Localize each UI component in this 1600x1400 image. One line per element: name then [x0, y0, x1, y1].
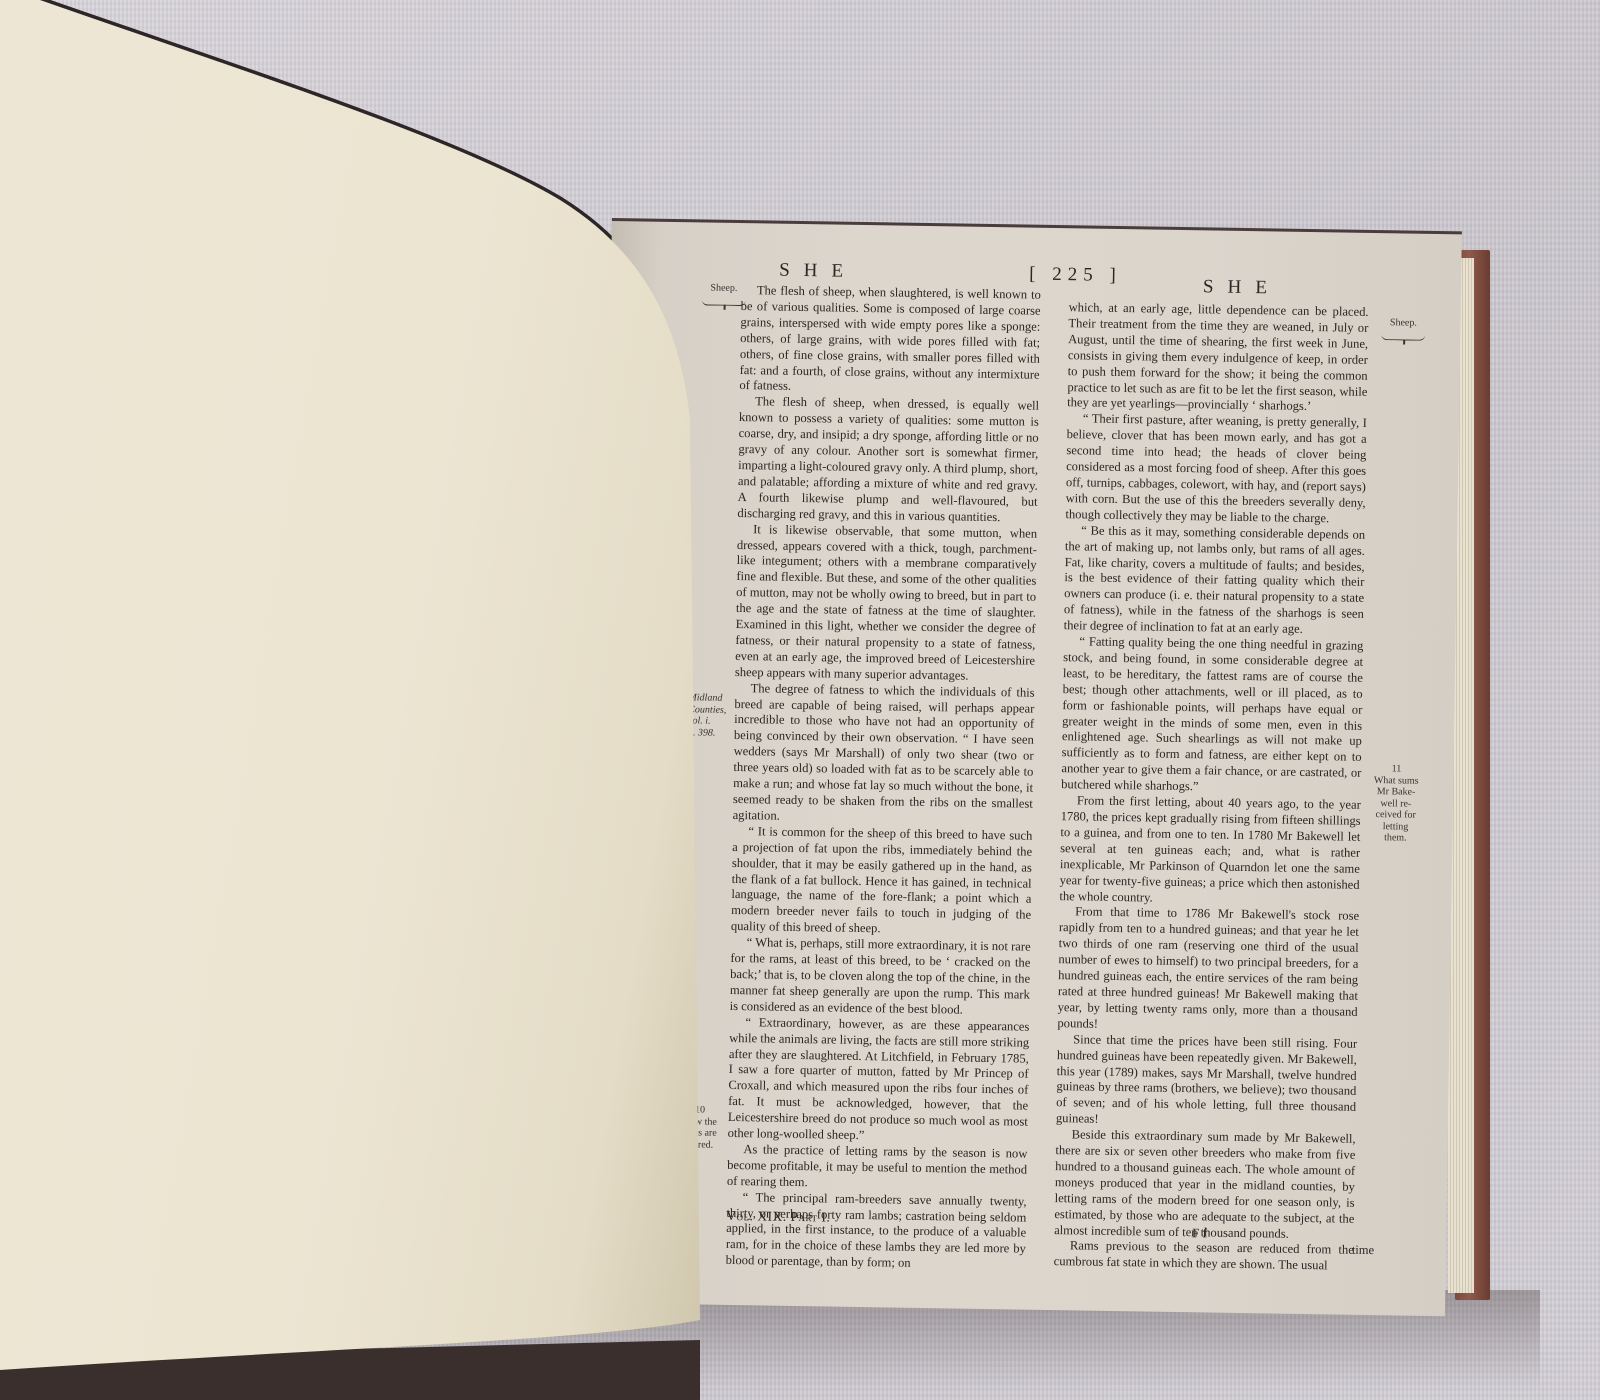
footer-signature: F f [1192, 1225, 1207, 1241]
paragraph: “ Fatting quality being the one thing ne… [1061, 634, 1363, 798]
brace-icon [702, 296, 746, 306]
running-head-left: SHE [779, 260, 857, 283]
margin-note-midland: Midland Counties, vol. i. p. 398. [688, 692, 739, 739]
paragraph: “ It is common for the sheep of this bre… [731, 824, 1033, 940]
text-column-right: which, at an early age, little dependenc… [1054, 300, 1369, 1275]
paragraph: From the first letting, about 40 years a… [1059, 793, 1361, 909]
paragraph: Since that time the prices have been sti… [1056, 1032, 1357, 1132]
footer-catchword: time [1352, 1243, 1374, 1258]
paragraph: “ What is, perhaps, still more extraordi… [730, 935, 1031, 1019]
paragraph: which, at an early age, little dependenc… [1067, 300, 1369, 416]
right-page: SHE [ 225 ] SHE Sheep. Sheep. Midland Co… [595, 218, 1462, 1316]
footer-volume: Vol. XIX. Part I. [726, 1208, 830, 1226]
paragraph: The degree of fatness to which the indiv… [732, 681, 1034, 829]
paragraph: Rams previous to the season are reduced … [1054, 1239, 1354, 1276]
paragraph: It is likewise observable, that some mut… [735, 522, 1037, 686]
page-number: [ 225 ] [1029, 264, 1122, 287]
paragraph: As the practice of letting rams by the s… [727, 1142, 1028, 1194]
margin-note-sums: 11 What sums Mr Bake- well re- ceived fo… [1366, 763, 1425, 844]
paragraph: The flesh of sheep, when slaughtered, is… [739, 283, 1041, 399]
running-head-right: SHE [1203, 276, 1281, 299]
paragraph: “ Be this as it may, something considera… [1064, 523, 1366, 639]
paragraph: The flesh of sheep, when dressed, is equ… [737, 394, 1039, 526]
paragraph: “ Their first pasture, after weaning, is… [1065, 412, 1367, 528]
margin-note-sheep-right: Sheep. [1378, 317, 1428, 340]
paragraph: “ The principal ram-breeders save annual… [726, 1190, 1027, 1274]
paragraph: “ Extraordinary, however, as are these a… [728, 1015, 1030, 1147]
text-column-left: The flesh of sheep, when slaughtered, is… [726, 283, 1041, 1274]
paragraph: From that time to 1786 Mr Bakewell's sto… [1057, 905, 1359, 1037]
brace-icon [1381, 331, 1425, 341]
